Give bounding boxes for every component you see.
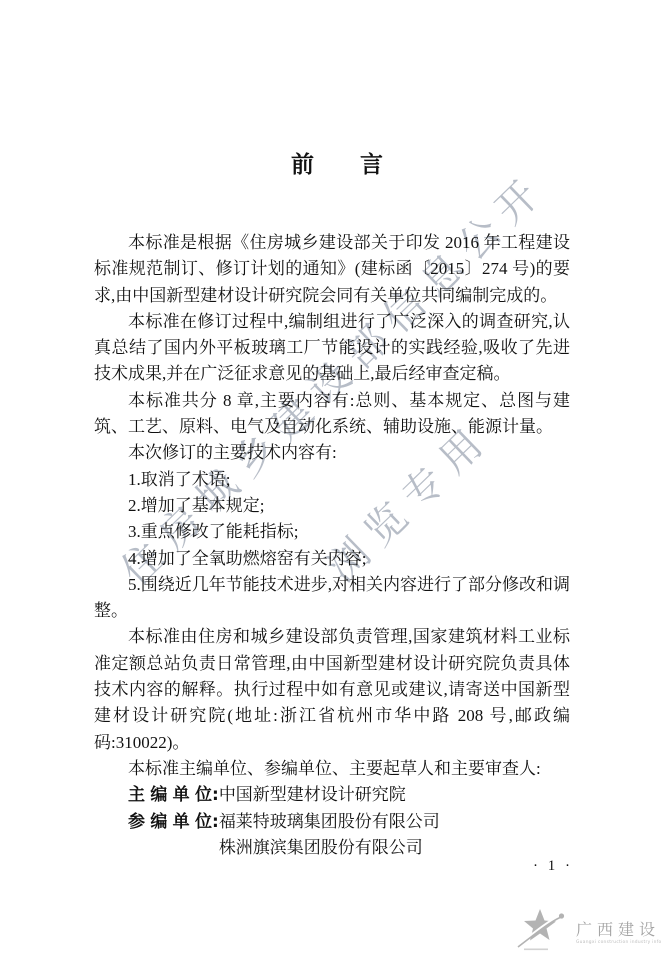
list-item: 2.增加了基本规定; bbox=[94, 493, 570, 519]
paragraph: 本标准在修订过程中,编制组进行了广泛深入的调查研究,认真总结了国内外平板玻璃工厂… bbox=[94, 309, 570, 388]
list-item: 5.围绕近几年节能技术进步,对相关内容进行了部分修改和调整。 bbox=[94, 572, 570, 625]
page-number: · 1 · bbox=[533, 858, 573, 875]
site-logo-tagline: Guangxi construction industry informatio… bbox=[576, 939, 661, 944]
body-text: 本标准是根据《住房城乡建设部关于印发 2016 年工程建设标准规范制订、修订计划… bbox=[94, 230, 570, 782]
paragraph: 本次修订的主要技术内容有: bbox=[94, 440, 570, 466]
editor-value: 株洲旗滨集团股份有限公司 bbox=[219, 835, 570, 861]
list-item: 3.重点修改了能耗指标; bbox=[94, 519, 570, 545]
editor-colon: : bbox=[212, 809, 219, 862]
editor-values: 福莱特玻璃集团股份有限公司 株洲旗滨集团股份有限公司 bbox=[219, 809, 570, 862]
document-page: 住房城乡建设部信息公开 浏览专用 前 言 本标准是根据《住房城乡建设部关于印发 … bbox=[0, 0, 661, 958]
site-logo: 广西建设网 Guangxi construction industry info… bbox=[516, 903, 661, 955]
editor-value: 中国新型建材设计研究院 bbox=[219, 782, 570, 808]
editor-colon: : bbox=[212, 782, 219, 808]
editor-label: 参编单位 bbox=[128, 809, 212, 862]
participating-editor-row: 参编单位: 福莱特玻璃集团股份有限公司 株洲旗滨集团股份有限公司 bbox=[128, 809, 570, 862]
site-logo-text: 广西建设网 bbox=[576, 917, 661, 940]
paragraph: 本标准是根据《住房城乡建设部关于印发 2016 年工程建设标准规范制订、修订计划… bbox=[94, 230, 570, 309]
paragraph: 本标准主编单位、参编单位、主要起草人和主要审查人: bbox=[94, 756, 570, 782]
star-logo-icon bbox=[516, 905, 570, 953]
list-item: 4.增加了全氧助燃熔窑有关内容; bbox=[94, 546, 570, 572]
editor-value: 福莱特玻璃集团股份有限公司 bbox=[219, 809, 570, 835]
page-title: 前 言 bbox=[104, 150, 570, 180]
editors-block: 主编单位: 中国新型建材设计研究院 参编单位: 福莱特玻璃集团股份有限公司 株洲… bbox=[94, 782, 570, 861]
list-item: 1.取消了术语; bbox=[94, 467, 570, 493]
document-content: 前 言 本标准是根据《住房城乡建设部关于印发 2016 年工程建设标准规范制订、… bbox=[94, 150, 570, 861]
editor-label: 主编单位 bbox=[128, 782, 212, 808]
paragraph: 本标准由住房和城乡建设部负责管理,国家建筑材料工业标准定额总站负责日常管理,由中… bbox=[94, 624, 570, 755]
paragraph: 本标准共分 8 章,主要内容有:总则、基本规定、总图与建筑、工艺、原料、电气及自… bbox=[94, 388, 570, 441]
editor-values: 中国新型建材设计研究院 bbox=[219, 782, 570, 808]
chief-editor-row: 主编单位: 中国新型建材设计研究院 bbox=[128, 782, 570, 808]
